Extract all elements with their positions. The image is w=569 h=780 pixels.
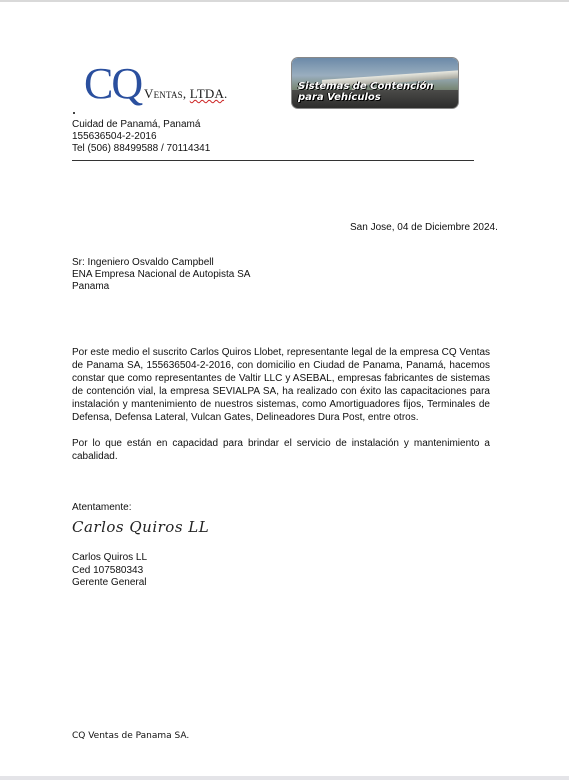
address-id: 155636504-2-2016 [72, 131, 210, 143]
recipient-country: Panama [72, 281, 250, 293]
logo-wordmark: Ventas, LTDA. [144, 86, 228, 102]
sender-address: Cuidad de Panamá, Panamá 155636504-2-201… [72, 119, 210, 155]
header-divider [72, 160, 474, 161]
page-bottom-border [0, 776, 569, 780]
letter-date: San Jose, 04 de Diciembre 2024. [350, 222, 498, 233]
logo-cq-mark: CQ [84, 62, 141, 106]
body-paragraph: Por este medio el suscrito Carlos Quiros… [72, 346, 490, 424]
signer-title: Gerente General [72, 577, 147, 590]
handwritten-signature: Carlos Quiros LL [72, 518, 209, 536]
address-city: Cuidad de Panamá, Panamá [72, 119, 210, 131]
decorative-dot [73, 112, 75, 114]
banner-text: Sistemas de Contención para Vehículos [298, 81, 434, 103]
signer-id: Ced 107580343 [72, 565, 147, 578]
banner-line-2: para Vehículos [298, 92, 434, 103]
guardrail-banner-image: Sistemas de Contención para Vehículos [292, 58, 458, 108]
letter-body: Por este medio el suscrito Carlos Quiros… [72, 346, 490, 476]
address-phone: Tel (506) 88499588 / 70114341 [72, 143, 210, 155]
closing-salutation: Atentamente: [72, 502, 131, 513]
body-paragraph: Por lo que están en capacidad para brind… [72, 437, 490, 463]
recipient-block: Sr: Ingeniero Osvaldo Campbell ENA Empre… [72, 257, 250, 293]
footer-company: CQ Ventas de Panama SA. [72, 731, 189, 741]
signer-name: Carlos Quiros LL [72, 552, 147, 565]
signer-block: Carlos Quiros LL Ced 107580343 Gerente G… [72, 552, 147, 590]
recipient-name: Sr: Ingeniero Osvaldo Campbell [72, 257, 250, 269]
page-top-border [0, 0, 569, 2]
recipient-company: ENA Empresa Nacional de Autopista SA [72, 269, 250, 281]
banner-line-1: Sistemas de Contención [298, 81, 434, 92]
